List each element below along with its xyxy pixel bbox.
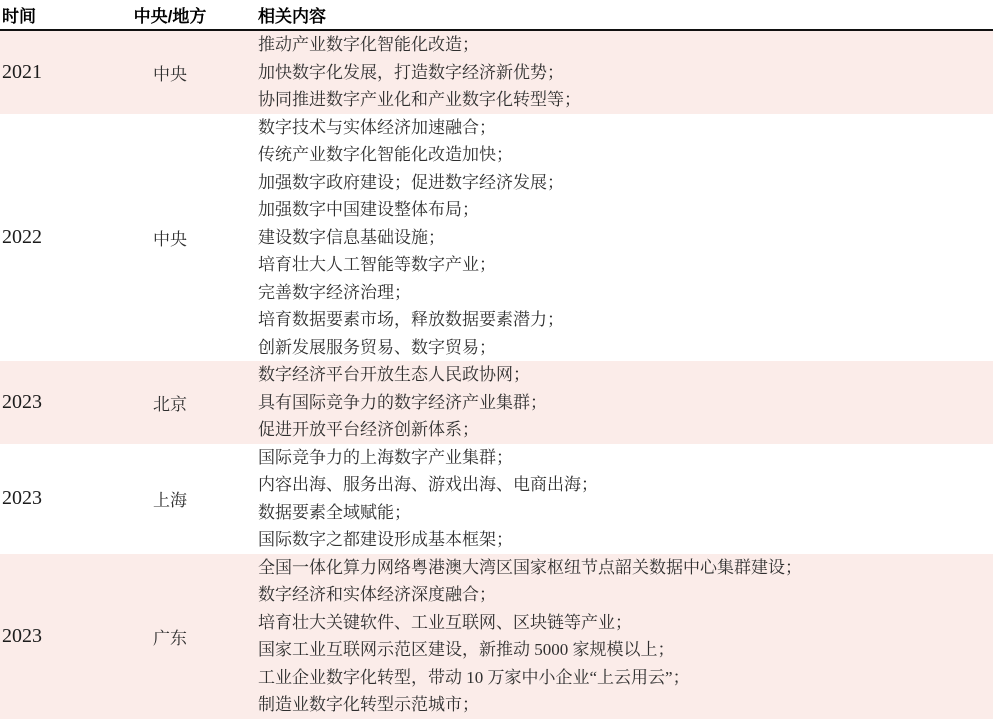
region-cell: 中央 [125,225,215,250]
region-cell: 北京 [125,390,215,415]
time-cell: 2022 [0,226,125,249]
content-line: 加快数字化发展，打造数字经济新优势； [258,59,993,87]
region-cell: 广东 [125,624,215,649]
content-line: 全国一体化算力网络粤港澳大湾区国家枢纽节点韶关数据中心集群建设； [258,554,993,582]
content-cell: 数字经济平台开放生态人民政协网；具有国际竞争力的数字经济产业集群；促进开放平台经… [215,361,993,444]
header-content: 相关内容 [215,2,993,27]
content-cell: 数字技术与实体经济加速融合；传统产业数字化智能化改造加快；加强数字政府建设；促进… [215,114,993,362]
time-cell: 2023 [0,625,125,648]
header-region: 中央/地方 [125,2,215,27]
content-line: 工业企业数字化转型，带动 10 万家中小企业“上云用云”； [258,664,993,692]
header-time: 时间 [0,2,125,27]
table-row: 2023 广东 全国一体化算力网络粤港澳大湾区国家枢纽节点韶关数据中心集群建设；… [0,554,993,719]
table-row: 2023 上海 国际竞争力的上海数字产业集群；内容出海、服务出海、游戏出海、电商… [0,444,993,554]
content-line: 培育壮大人工智能等数字产业； [258,251,993,279]
table-body: 2021 中央 推动产业数字化智能化改造；加快数字化发展，打造数字经济新优势；协… [0,31,993,719]
content-line: 加强数字政府建设；促进数字经济发展； [258,169,993,197]
content-line: 数字经济平台开放生态人民政协网； [258,361,993,389]
content-cell: 国际竞争力的上海数字产业集群；内容出海、服务出海、游戏出海、电商出海；数据要素全… [215,444,993,554]
content-cell: 推动产业数字化智能化改造；加快数字化发展，打造数字经济新优势；协同推进数字产业化… [215,31,993,114]
content-line: 国际数字之都建设形成基本框架； [258,526,993,554]
policy-table: 时间 中央/地方 相关内容 2021 中央 推动产业数字化智能化改造；加快数字化… [0,0,993,719]
content-line: 创新发展服务贸易、数字贸易； [258,334,993,362]
content-line: 数字经济和实体经济深度融合； [258,581,993,609]
table-header: 时间 中央/地方 相关内容 [0,0,993,31]
table-row: 2021 中央 推动产业数字化智能化改造；加快数字化发展，打造数字经济新优势；协… [0,31,993,114]
time-cell: 2023 [0,391,125,414]
time-cell: 2023 [0,487,125,510]
content-line: 具有国际竞争力的数字经济产业集群； [258,389,993,417]
content-line: 协同推进数字产业化和产业数字化转型等； [258,86,993,114]
content-line: 制造业数字化转型示范城市； [258,691,993,719]
content-line: 培育壮大关键软件、工业互联网、区块链等产业； [258,609,993,637]
content-line: 完善数字经济治理； [258,279,993,307]
content-line: 建设数字信息基础设施； [258,224,993,252]
time-cell: 2021 [0,61,125,84]
content-line: 国家工业互联网示范区建设，新推动 5000 家规模以上； [258,636,993,664]
content-line: 传统产业数字化智能化改造加快； [258,141,993,169]
page: 时间 中央/地方 相关内容 2021 中央 推动产业数字化智能化改造；加快数字化… [0,0,1000,726]
content-line: 加强数字中国建设整体布局； [258,196,993,224]
content-line: 促进开放平台经济创新体系； [258,416,993,444]
content-line: 数据要素全域赋能； [258,499,993,527]
content-cell: 全国一体化算力网络粤港澳大湾区国家枢纽节点韶关数据中心集群建设；数字经济和实体经… [215,554,993,719]
table-row: 2022 中央 数字技术与实体经济加速融合；传统产业数字化智能化改造加快；加强数… [0,114,993,362]
content-line: 推动产业数字化智能化改造； [258,31,993,59]
content-line: 数字技术与实体经济加速融合； [258,114,993,142]
content-line: 培育数据要素市场，释放数据要素潜力； [258,306,993,334]
content-line: 国际竞争力的上海数字产业集群； [258,444,993,472]
region-cell: 上海 [125,486,215,511]
content-line: 内容出海、服务出海、游戏出海、电商出海； [258,471,993,499]
region-cell: 中央 [125,60,215,85]
table-row: 2023 北京 数字经济平台开放生态人民政协网；具有国际竞争力的数字经济产业集群… [0,361,993,444]
